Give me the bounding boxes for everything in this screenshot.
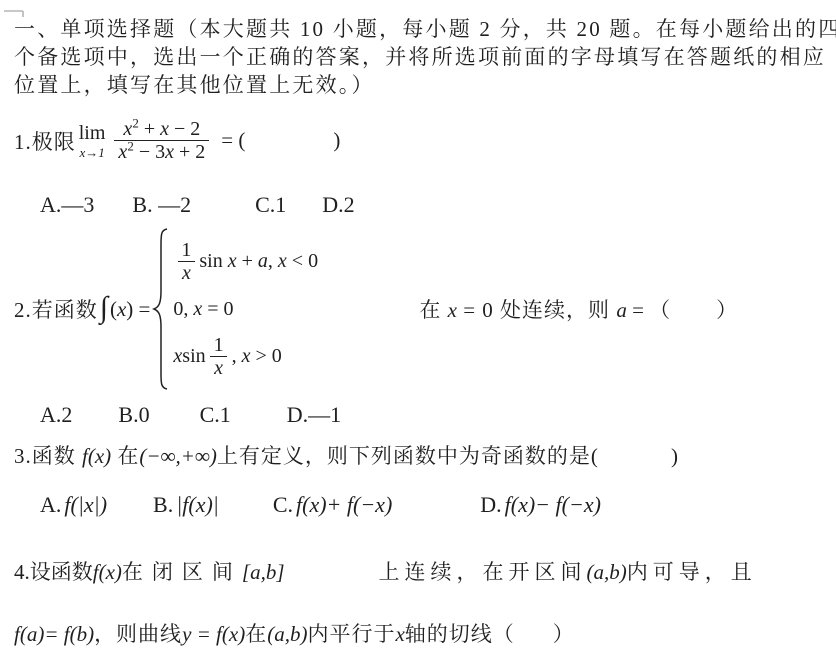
closed-interval: [a,b] (242, 560, 285, 585)
question-4-line-2: f(a)= f(b)，则曲线 y = f(x) 在 (a,b) 内平行于 x 轴… (14, 618, 574, 648)
interval-infinity: (−∞,+∞) (139, 444, 217, 468)
function-argument: (x) = (110, 297, 150, 322)
question-3: 3.函数 f(x) 在(−∞,+∞)上有定义，则下列函数中为奇函数的是() (14, 440, 678, 470)
case-1-fraction: 1 x (177, 239, 195, 285)
option-b: B.|f(x)| (153, 492, 219, 518)
close-paren: ） (553, 618, 574, 648)
option-a: A.—3 (40, 192, 94, 218)
close-paren: ) (333, 128, 340, 153)
case-3: x sin 1 x , x > 0 (173, 334, 385, 380)
question-2-text: 2.若函数 (14, 294, 98, 324)
option-d: D.f(x)− f(−x) (480, 492, 601, 518)
question-1-text: 1.极限 (14, 126, 76, 156)
option-c: C.1 (255, 192, 286, 218)
question-1-fraction: x2 + x − 2 x2 − 3x + 2 (114, 118, 209, 164)
open-interval: (a,b) (587, 560, 627, 585)
integral-style-f-symbol: ∫ (100, 293, 108, 323)
option-a: A.2 (40, 402, 72, 428)
question-2: 2.若函数 ∫ (x) = 1 x sin x + a, x < 0 0, x … (14, 226, 737, 392)
option-d: D.2 (322, 192, 354, 218)
piecewise-brace-icon (152, 227, 169, 391)
case-1: 1 x sin x + a, x < 0 (173, 239, 385, 285)
option-d: D.—1 (287, 402, 341, 428)
question-1-options: A.—3 B. —2 C.1 D.2 (40, 192, 355, 218)
header-line-2: 个备选项中，选出一个正确的答案，并将所选项前面的字母填写在答题纸的相应 (14, 43, 832, 71)
question-1: 1.极限 lim x→1 x2 + x − 2 x2 − 3x + 2 = ( … (14, 118, 340, 164)
header-line-1: 一、单项选择题（本大题共 10 小题，每小题 2 分，共 20 题。在每小题给出… (14, 15, 832, 43)
question-4-line-1: 4.设函数 f(x) 在闭区间 [a,b]上连续，在开区间 (a,b) 内可导，… (14, 556, 757, 586)
equals-open-paren: = ( (221, 128, 245, 153)
question-3-options: A.f(|x|) B.|f(x)| C.f(x)+ f(−x) D.f(x)− … (40, 492, 601, 518)
f-of-x: f(x) (93, 560, 122, 585)
x-variable: x (395, 622, 404, 647)
option-a: A.f(|x|) (40, 492, 107, 518)
limit-operator: lim x→1 (79, 123, 106, 159)
close-paren: ) (671, 444, 678, 468)
option-c: C.f(x)+ f(−x) (273, 492, 392, 518)
section-header: 一、单项选择题（本大题共 10 小题，每小题 2 分，共 20 题。在每小题给出… (14, 15, 832, 99)
fraction-denominator: x2 − 3x + 2 (114, 140, 209, 163)
exam-document-page: 一、单项选择题（本大题共 10 小题，每小题 2 分，共 20 题。在每小题给出… (0, 0, 836, 659)
question-2-condition: 在 x = 0 处连续，则 a = （） (419, 294, 737, 324)
y-equals-f-x: y = f(x) (182, 622, 245, 647)
question-2-options: A.2 B.0 C.1 D.—1 (40, 402, 341, 428)
f-of-x: f(x) (82, 444, 111, 468)
option-b: B. —2 (132, 192, 191, 218)
case-3-fraction: 1 x (210, 334, 228, 380)
option-b: B.0 (118, 402, 149, 428)
open-interval: (a,b) (267, 622, 307, 647)
piecewise-cases: 1 x sin x + a, x < 0 0, x = 0 x sin 1 x … (173, 239, 385, 380)
f-a-equals-f-b: f(a)= f(b) (14, 622, 94, 647)
fraction-numerator: x2 + x − 2 (119, 118, 204, 140)
header-line-3: 位置上，填写在其他位置上无效。） (14, 71, 832, 99)
case-2: 0, x = 0 (173, 298, 385, 321)
option-c: C.1 (200, 402, 231, 428)
